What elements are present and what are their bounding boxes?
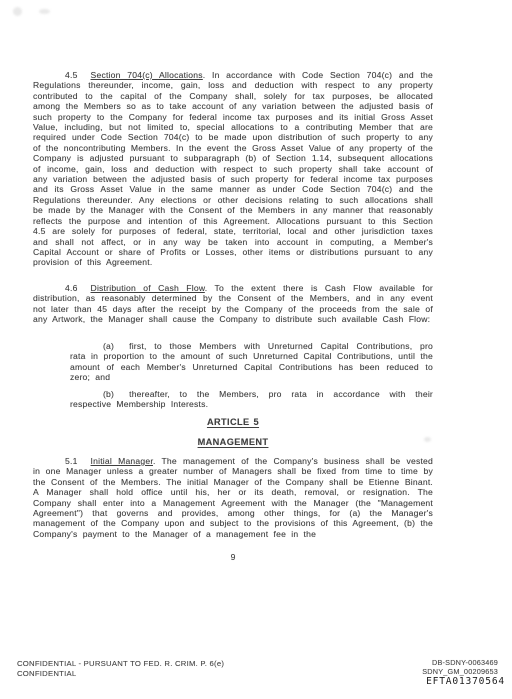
section-4-6-paragraph: 4.6Distribution of Cash Flow. To the ext… [33,283,433,325]
section-4-5-paragraph: 4.5Section 704(c) Allocations. In accord… [33,70,433,268]
scan-artifact [39,9,50,14]
confidentiality-footer: CONFIDENTIAL - PURSUANT TO FED. R. CRIM.… [17,659,224,679]
confidentiality-line-2: CONFIDENTIAL [17,669,224,679]
bates-number-1: DB-SDNY-0063469 [422,658,498,667]
page-number: 9 [33,552,433,562]
section-number: 5.1 [65,456,78,466]
subsection-label: (a) [103,341,114,351]
section-body: . In accordance with Code Section 704(c)… [33,70,433,267]
subsection-body: thereafter, to the Members, pro rata in … [70,389,433,409]
document-page: 4.5Section 704(c) Allocations. In accord… [0,0,512,699]
subsection-a-paragraph: (a)first, to those Members with Unreturn… [70,341,433,383]
article-heading: ARTICLE 5 [33,417,433,427]
scan-artifact [13,7,22,16]
exhibit-stamp: EFTA01370564 [422,677,505,686]
section-title: Section 704(c) Allocations [91,70,203,80]
section-5-1-paragraph: 5.1Initial Manager. The management of th… [33,456,433,539]
section-number: 4.6 [65,283,78,293]
article-title-heading: MANAGEMENT [33,437,433,447]
section-body: . The management of the Company's busine… [33,456,433,539]
subsection-b-paragraph: (b)thereafter, to the Members, pro rata … [70,389,433,410]
subsection-label: (b) [103,389,114,399]
section-title: Distribution of Cash Flow [91,283,205,293]
subsection-body: first, to those Members with Unreturned … [70,341,433,382]
section-number: 4.5 [65,70,78,80]
confidentiality-line-1: CONFIDENTIAL - PURSUANT TO FED. R. CRIM.… [17,659,224,669]
bates-numbers: DB-SDNY-0063469 SDNY_GM_00209653 EFTA013… [422,658,498,686]
section-title: Initial Manager [91,456,153,466]
